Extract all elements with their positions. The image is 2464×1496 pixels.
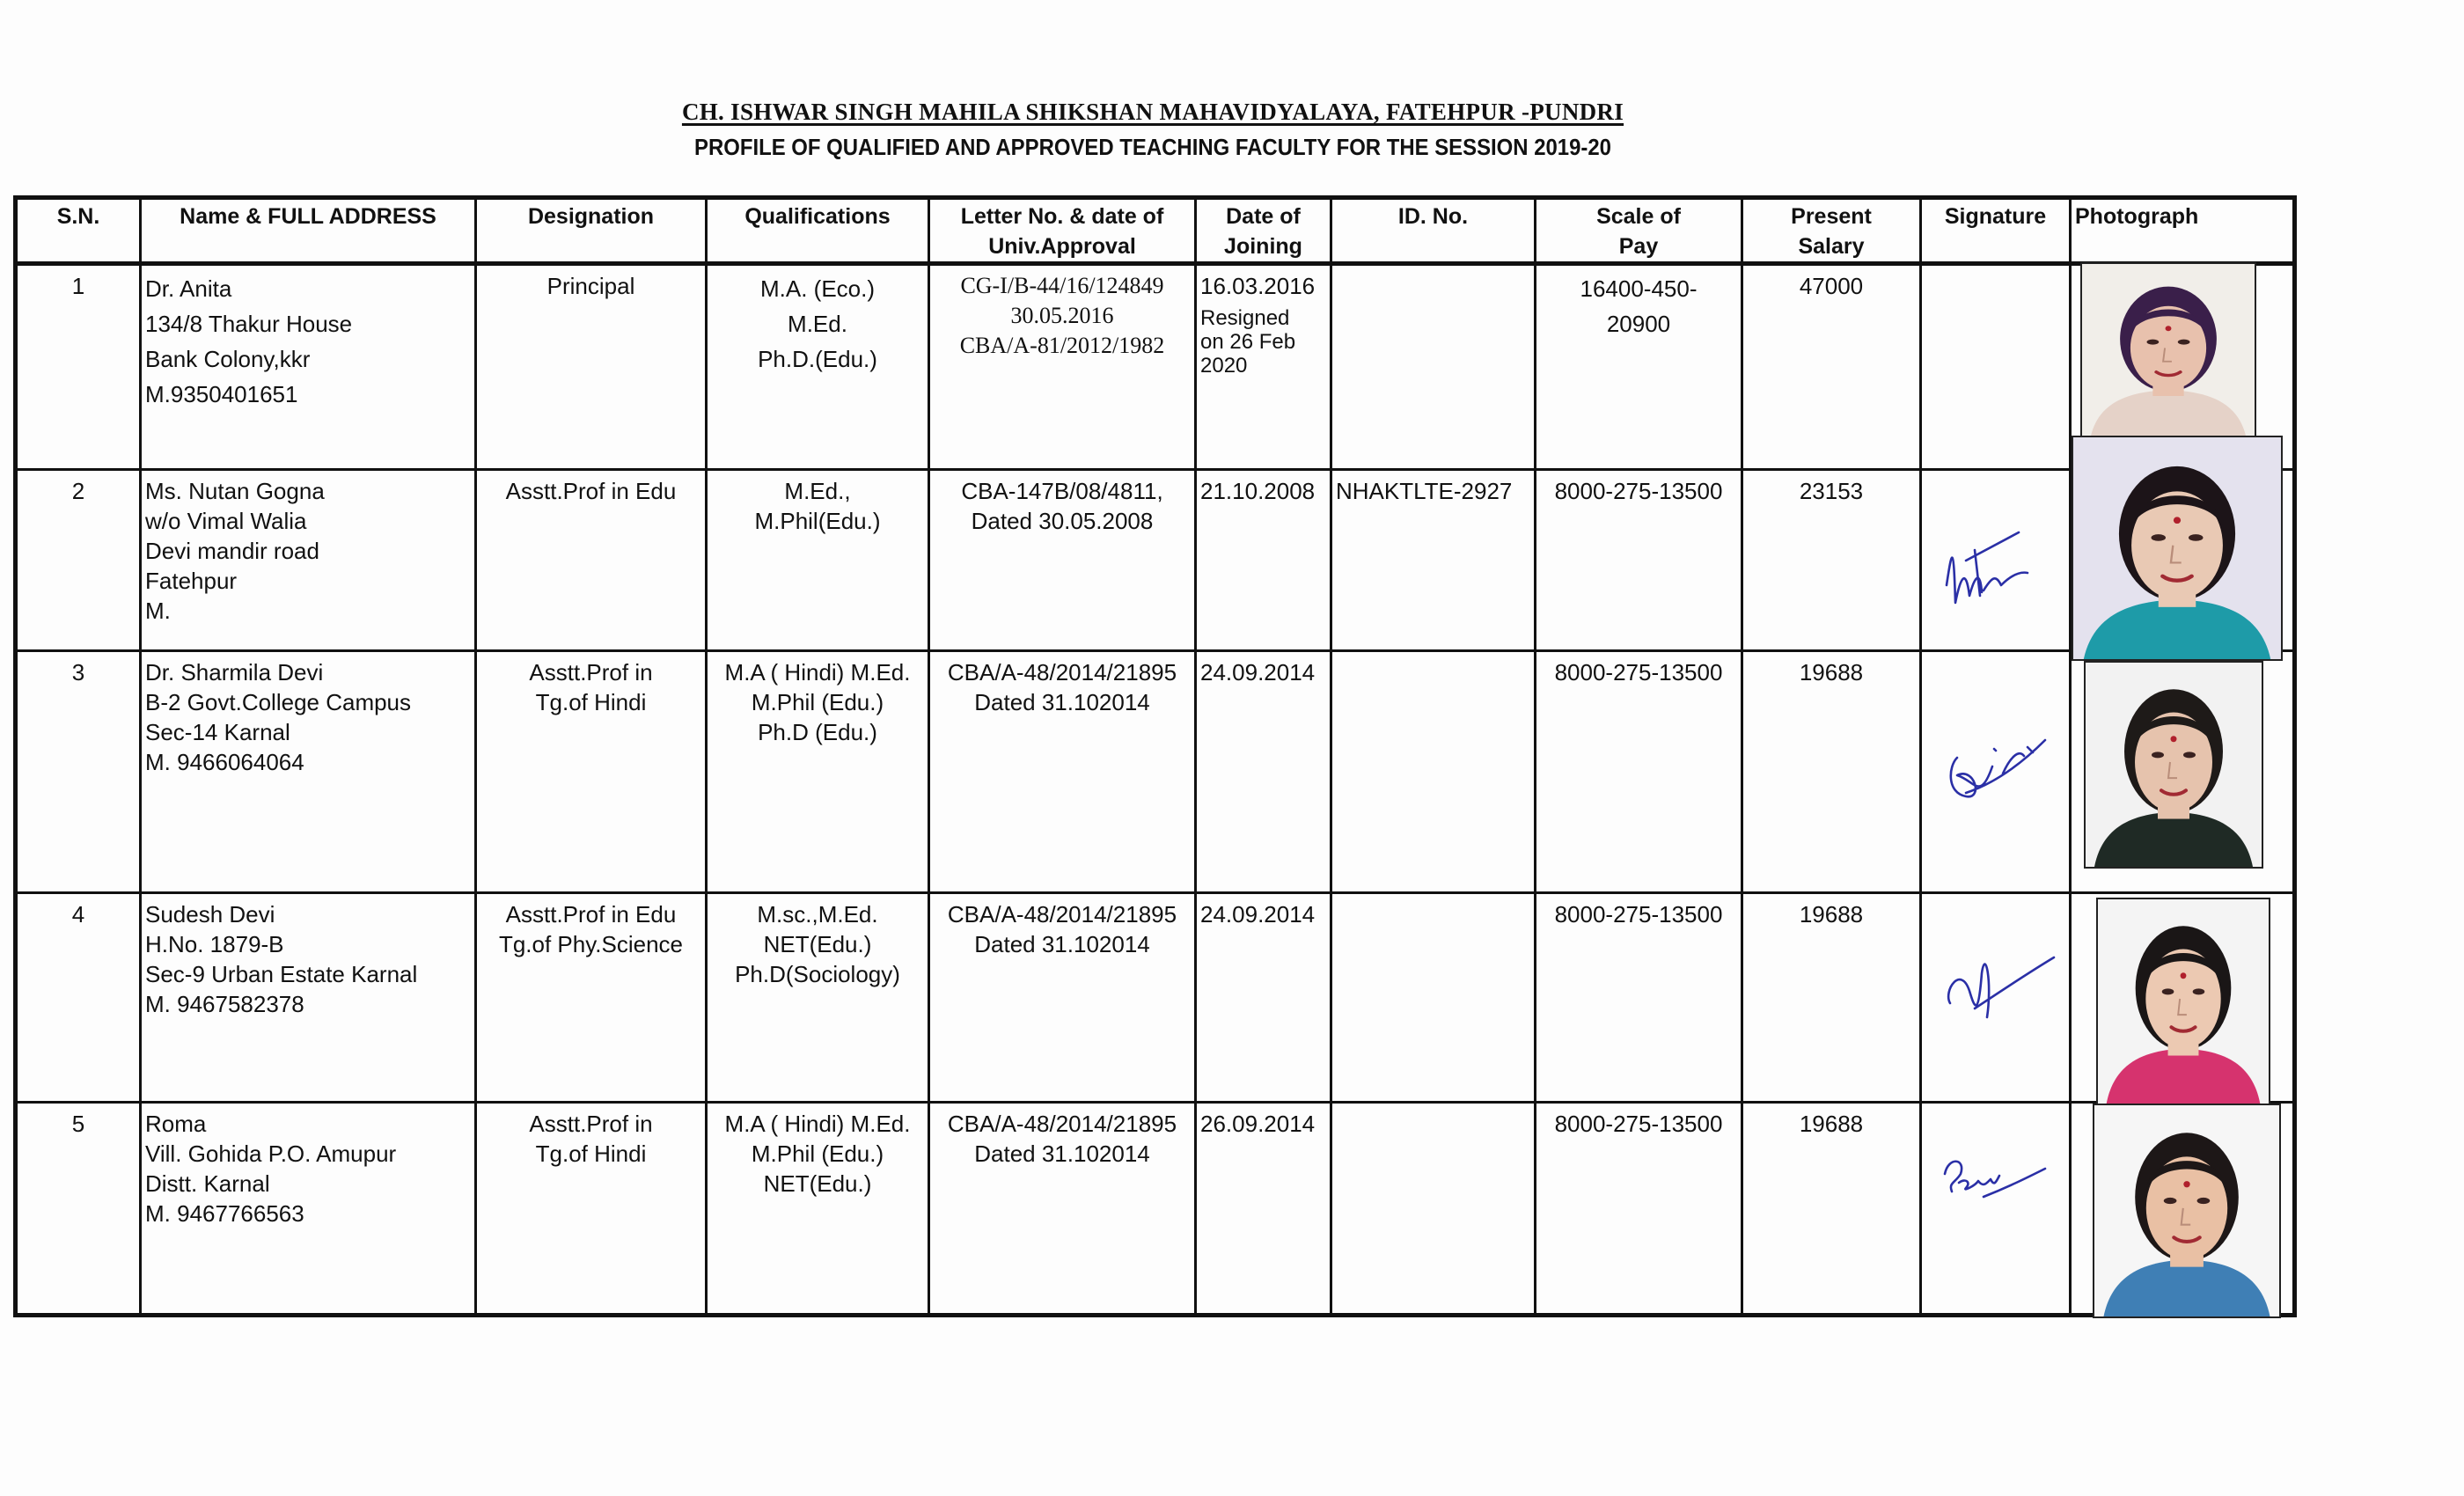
scale-of-pay-line: 16400-450- bbox=[1536, 271, 1741, 306]
header-date-of-joining: Date ofJoining bbox=[1196, 198, 1331, 264]
id-number bbox=[1331, 893, 1536, 1103]
name-address-line: B-2 Govt.College Campus bbox=[145, 687, 474, 717]
qualifications-line: NET(Edu.) bbox=[708, 929, 928, 959]
id-number bbox=[1331, 1103, 1536, 1316]
name-address-line: Vill. Gohida P.O. Amupur bbox=[145, 1139, 474, 1169]
scale-of-pay: 16400-450-20900 bbox=[1536, 264, 1742, 470]
table-row: 1Dr. Anita134/8 Thakur HouseBank Colony,… bbox=[16, 264, 2295, 470]
date-of-joining: 24.09.2014 bbox=[1196, 893, 1331, 1103]
name-address-line: M. 9467766563 bbox=[145, 1199, 474, 1228]
table-row: 5RomaVill. Gohida P.O. AmupurDistt. Karn… bbox=[16, 1103, 2295, 1316]
photograph-cell bbox=[2071, 651, 2295, 893]
present-salary: 47000 bbox=[1742, 264, 1921, 470]
letter-approval: CBA/A-48/2014/21895Dated 31.102014 bbox=[929, 651, 1196, 893]
name-address-line: H.No. 1879-B bbox=[145, 929, 474, 959]
designation-line: Tg.of Hindi bbox=[477, 1139, 705, 1169]
name-address-line: Dr. Sharmila Devi bbox=[145, 657, 474, 687]
present-salary: 19688 bbox=[1742, 1103, 1921, 1316]
letter-approval-line: Dated 31.102014 bbox=[930, 929, 1194, 959]
present-salary: 19688 bbox=[1742, 651, 1921, 893]
id-number bbox=[1331, 651, 1536, 893]
letter-approval: CBA/A-48/2014/21895Dated 31.102014 bbox=[929, 893, 1196, 1103]
name-address-line: Sec-9 Urban Estate Karnal bbox=[145, 959, 474, 989]
present-salary: 19688 bbox=[1742, 893, 1921, 1103]
scale-of-pay-line: 8000-275-13500 bbox=[1536, 899, 1741, 929]
header-row: S.N. Name & FULL ADDRESS Designation Qua… bbox=[16, 198, 2295, 264]
letter-approval-line: CG-I/B-44/16/124849 bbox=[930, 271, 1194, 301]
qualifications: M.A. (Eco.)M.Ed.Ph.D.(Edu.) bbox=[707, 264, 929, 470]
name-address: RomaVill. Gohida P.O. AmupurDistt. Karna… bbox=[141, 1103, 476, 1316]
name-address-line: Distt. Karnal bbox=[145, 1169, 474, 1199]
scale-of-pay-line: 20900 bbox=[1536, 306, 1741, 341]
qualifications-line: M.A. (Eco.) bbox=[708, 271, 928, 306]
qualifications-line: M.Phil (Edu.) bbox=[708, 1139, 928, 1169]
table-row: 4Sudesh DeviH.No. 1879-BSec-9 Urban Esta… bbox=[16, 893, 2295, 1103]
name-address-line: Fatehpur bbox=[145, 566, 474, 596]
serial-number: 1 bbox=[16, 264, 141, 470]
photograph-cell bbox=[2071, 470, 2295, 651]
header-photograph: Photograph bbox=[2071, 198, 2295, 264]
name-address-line: M. 9467582378 bbox=[145, 989, 474, 1019]
qualifications: M.sc.,M.Ed.NET(Edu.)Ph.D(Sociology) bbox=[707, 893, 929, 1103]
faculty-table: S.N. Name & FULL ADDRESS Designation Qua… bbox=[13, 195, 2297, 1317]
scale-of-pay: 8000-275-13500 bbox=[1536, 893, 1742, 1103]
date-of-joining: 26.09.2014 bbox=[1196, 1103, 1331, 1316]
document-subtitle: PROFILE OF QUALIFIED AND APPROVED TEACHI… bbox=[92, 134, 2213, 161]
signature-icon bbox=[1940, 938, 2063, 1035]
qualifications: M.A ( Hindi) M.Ed.M.Phil (Edu.)NET(Edu.) bbox=[707, 1103, 929, 1316]
header-scale: Scale ofPay bbox=[1536, 198, 1742, 264]
signature-cell bbox=[1921, 893, 2071, 1103]
photograph-cell bbox=[2071, 1103, 2295, 1316]
joining-date: 24.09.2014 bbox=[1200, 657, 1330, 687]
portrait-photo bbox=[2072, 436, 2283, 661]
name-address: Ms. Nutan Gognaw/o Vimal WaliaDevi mandi… bbox=[141, 470, 476, 651]
header-designation: Designation bbox=[476, 198, 707, 264]
photograph-cell bbox=[2071, 893, 2295, 1103]
designation: Asstt.Prof in EduTg.of Phy.Science bbox=[476, 893, 707, 1103]
designation-line: Asstt.Prof in bbox=[477, 657, 705, 687]
header-qualifications: Qualifications bbox=[707, 198, 929, 264]
designation: Asstt.Prof inTg.of Hindi bbox=[476, 1103, 707, 1316]
letter-approval-line: CBA/A-48/2014/21895 bbox=[930, 899, 1194, 929]
designation-line: Tg.of Hindi bbox=[477, 687, 705, 717]
name-address-line: Bank Colony,kkr bbox=[145, 341, 474, 377]
header-name: Name & FULL ADDRESS bbox=[141, 198, 476, 264]
portrait-photo bbox=[2084, 661, 2263, 869]
letter-approval: CBA/A-48/2014/21895Dated 31.102014 bbox=[929, 1103, 1196, 1316]
qualifications-line: M.Ed., bbox=[708, 476, 928, 506]
qualifications: M.Ed.,M.Phil(Edu.) bbox=[707, 470, 929, 651]
id-number: NHAKTLTE-2927 bbox=[1331, 470, 1536, 651]
present-salary: 23153 bbox=[1742, 470, 1921, 651]
letter-approval: CBA-147B/08/4811,Dated 30.05.2008 bbox=[929, 470, 1196, 651]
name-address: Sudesh DeviH.No. 1879-BSec-9 Urban Estat… bbox=[141, 893, 476, 1103]
designation-line: Principal bbox=[477, 271, 705, 301]
name-address-line: 134/8 Thakur House bbox=[145, 306, 474, 341]
designation-line: Asstt.Prof in Edu bbox=[477, 899, 705, 929]
qualifications-line: M.Ed. bbox=[708, 306, 928, 341]
name-address: Dr. Sharmila DeviB-2 Govt.College Campus… bbox=[141, 651, 476, 893]
table-row: 2Ms. Nutan Gognaw/o Vimal WaliaDevi mand… bbox=[16, 470, 2295, 651]
table-row: 3Dr. Sharmila DeviB-2 Govt.College Campu… bbox=[16, 651, 2295, 893]
scale-of-pay-line: 8000-275-13500 bbox=[1536, 657, 1741, 687]
scale-of-pay: 8000-275-13500 bbox=[1536, 470, 1742, 651]
portrait-photo bbox=[2096, 898, 2270, 1105]
letter-approval-line: Dated 31.102014 bbox=[930, 1139, 1194, 1169]
designation-line: Tg.of Phy.Science bbox=[477, 929, 705, 959]
letter-approval-line: CBA-147B/08/4811, bbox=[930, 476, 1194, 506]
signature-cell bbox=[1921, 470, 2071, 651]
header-id: ID. No. bbox=[1331, 198, 1536, 264]
name-address-line: Ms. Nutan Gogna bbox=[145, 476, 474, 506]
header-salary: PresentSalary bbox=[1742, 198, 1921, 264]
scale-of-pay: 8000-275-13500 bbox=[1536, 1103, 1742, 1316]
qualifications-line: Ph.D.(Edu.) bbox=[708, 341, 928, 377]
signature-icon bbox=[1940, 515, 2063, 612]
name-address-line: M. 9466064064 bbox=[145, 747, 474, 777]
designation: Principal bbox=[476, 264, 707, 470]
header-signature: Signature bbox=[1921, 198, 2071, 264]
letter-approval-line: Dated 30.05.2008 bbox=[930, 506, 1194, 536]
name-address-line: Dr. Anita bbox=[145, 271, 474, 306]
designation-line: Asstt.Prof in bbox=[477, 1109, 705, 1139]
serial-number: 3 bbox=[16, 651, 141, 893]
date-of-joining: 24.09.2014 bbox=[1196, 651, 1331, 893]
qualifications-line: Ph.D (Edu.) bbox=[708, 717, 928, 747]
header-sn: S.N. bbox=[16, 198, 141, 264]
serial-number: 4 bbox=[16, 893, 141, 1103]
signature-icon bbox=[1940, 731, 2063, 828]
signature-icon bbox=[1940, 1148, 2063, 1244]
qualifications-line: NET(Edu.) bbox=[708, 1169, 928, 1199]
designation-line: Asstt.Prof in Edu bbox=[477, 476, 705, 506]
letter-approval-line: 30.05.2016 bbox=[930, 301, 1194, 331]
qualifications-line: M.Phil(Edu.) bbox=[708, 506, 928, 536]
letter-approval-line: CBA/A-48/2014/21895 bbox=[930, 1109, 1194, 1139]
qualifications-line: M.sc.,M.Ed. bbox=[708, 899, 928, 929]
name-address-line: Roma bbox=[145, 1109, 474, 1139]
id-number bbox=[1331, 264, 1536, 470]
qualifications-line: M.A ( Hindi) M.Ed. bbox=[708, 1109, 928, 1139]
signature-cell bbox=[1921, 1103, 2071, 1316]
portrait-photo bbox=[2080, 262, 2256, 438]
name-address-line: w/o Vimal Walia bbox=[145, 506, 474, 536]
qualifications-line: Ph.D(Sociology) bbox=[708, 959, 928, 989]
scale-of-pay-line: 8000-275-13500 bbox=[1536, 1109, 1741, 1139]
name-address-line: Devi mandir road bbox=[145, 536, 474, 566]
name-address-line: M.9350401651 bbox=[145, 377, 474, 412]
designation: Asstt.Prof inTg.of Hindi bbox=[476, 651, 707, 893]
qualifications-line: M.A ( Hindi) M.Ed. bbox=[708, 657, 928, 687]
serial-number: 5 bbox=[16, 1103, 141, 1316]
qualifications: M.A ( Hindi) M.Ed.M.Phil (Edu.)Ph.D (Edu… bbox=[707, 651, 929, 893]
letter-approval-line: CBA/A-81/2012/1982 bbox=[930, 331, 1194, 361]
scale-of-pay: 8000-275-13500 bbox=[1536, 651, 1742, 893]
name-address-line: Sec-14 Karnal bbox=[145, 717, 474, 747]
scale-of-pay-line: 8000-275-13500 bbox=[1536, 476, 1741, 506]
joining-date: 16.03.2016 bbox=[1200, 271, 1330, 301]
portrait-photo bbox=[2093, 1104, 2281, 1318]
letter-approval-line: Dated 31.102014 bbox=[930, 687, 1194, 717]
resignation-note: Resignedon 26 Feb2020 bbox=[1200, 306, 1330, 378]
letter-approval: CG-I/B-44/16/12484930.05.2016CBA/A-81/20… bbox=[929, 264, 1196, 470]
joining-date: 21.10.2008 bbox=[1200, 476, 1330, 506]
date-of-joining: 16.03.2016Resignedon 26 Feb2020 bbox=[1196, 264, 1331, 470]
header-letter: Letter No. & date ofUniv.Approval bbox=[929, 198, 1196, 264]
serial-number: 2 bbox=[16, 470, 141, 651]
name-address-line: Sudesh Devi bbox=[145, 899, 474, 929]
signature-cell bbox=[1921, 264, 2071, 470]
college-title: CH. ISHWAR SINGH MAHILA SHIKSHAN MAHAVID… bbox=[0, 99, 2306, 126]
name-address-line: M. bbox=[145, 596, 474, 626]
designation: Asstt.Prof in Edu bbox=[476, 470, 707, 651]
qualifications-line: M.Phil (Edu.) bbox=[708, 687, 928, 717]
letter-approval-line: CBA/A-48/2014/21895 bbox=[930, 657, 1194, 687]
signature-cell bbox=[1921, 651, 2071, 893]
joining-date: 26.09.2014 bbox=[1200, 1109, 1330, 1139]
date-of-joining: 21.10.2008 bbox=[1196, 470, 1331, 651]
name-address: Dr. Anita134/8 Thakur HouseBank Colony,k… bbox=[141, 264, 476, 470]
joining-date: 24.09.2014 bbox=[1200, 899, 1330, 929]
